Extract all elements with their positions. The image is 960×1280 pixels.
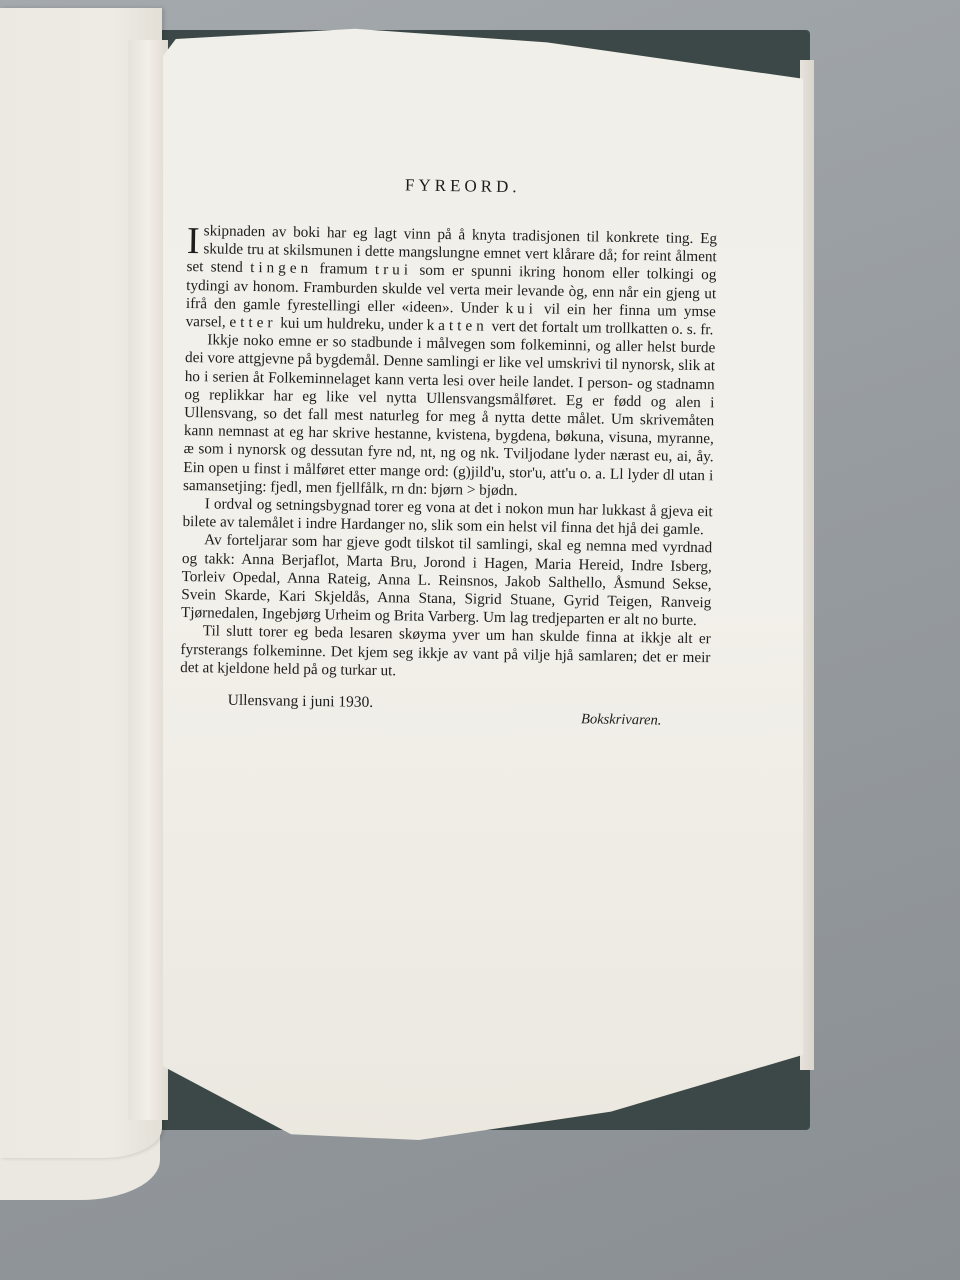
- emphasized-word: katten: [427, 317, 488, 335]
- emphasized-word: etter: [229, 314, 276, 332]
- paragraph-1: Iskipnaden av boki har eg lagt vinn på å…: [185, 222, 717, 340]
- preface-text: FYREORD. Iskipnaden av boki har eg lagt …: [179, 172, 718, 730]
- paragraph-text: vert det fortalt um trollkatten o. s. fr…: [488, 318, 714, 339]
- emphasized-word: tingen: [250, 259, 312, 277]
- paragraph-2: Ikkje noko emne er so stadbunde i målveg…: [183, 331, 716, 503]
- paragraph-text: framum: [312, 260, 375, 278]
- place-date: Ullensvang i juni 1930.: [179, 691, 373, 725]
- paragraph-text: kui um huldreku, under: [276, 314, 426, 333]
- drop-cap: I: [187, 225, 200, 257]
- signature: Bokskrivaren.: [581, 697, 710, 730]
- emphasized-word: trui: [375, 261, 412, 279]
- emphasized-word: kui: [505, 300, 537, 317]
- book-gutter: [128, 40, 168, 1120]
- paragraph-5: Til slutt torer eg beda lesaren skøyma y…: [180, 622, 711, 685]
- paragraph-4: Av forteljarar som har gjeve godt tilsko…: [181, 531, 712, 630]
